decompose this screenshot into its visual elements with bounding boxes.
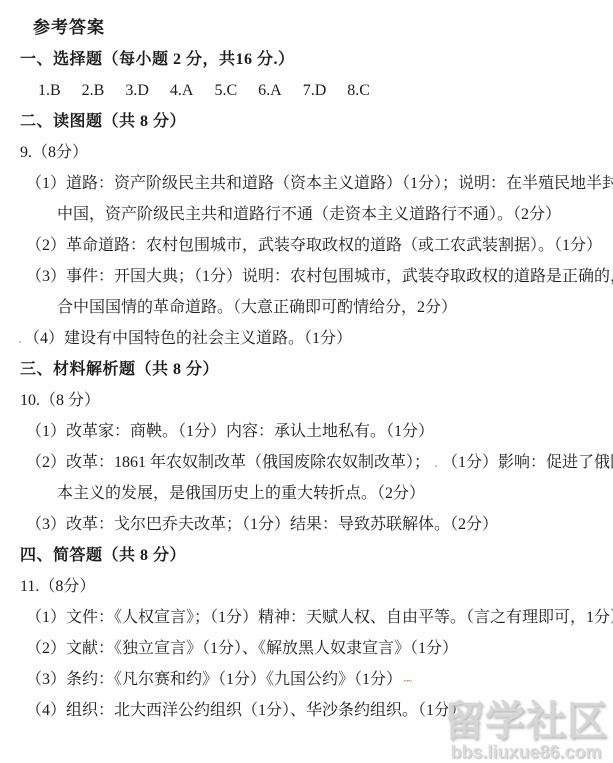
- text-segment: 二、读图题（共 8 分）: [20, 113, 186, 130]
- section-3-header: 三、材料解析题（共 8 分）: [20, 354, 613, 385]
- section-2-header: 二、读图题（共 8 分）: [20, 106, 613, 137]
- text-segment: 合中国国情的革命道路。（大意正确即可酌情给分，2分）: [57, 299, 457, 316]
- page-title: 参考答案: [33, 12, 613, 44]
- text-segment: （3）改革：戈尔巴乔夫改革；（1分）结果：导致苏联解体。（2分）: [26, 516, 498, 533]
- q9-answer-2: （2）革命道路：农村包围城市，武装夺取政权的道路（或工农武装割据）。（1分）: [26, 230, 613, 261]
- document-page: 参考答案 一、选择题（每小题 2 分，共16 分.）1.B2.B3.D4.A5.…: [0, 0, 613, 763]
- text-segment: .: [430, 454, 442, 471]
- text-segment: （1）道路：资产阶级民主共和道路（资本主义道路）（1分）；说明：在半殖民地半封建…: [26, 175, 613, 192]
- section-4-header: 四、简答题（共 8 分）: [20, 540, 613, 571]
- text-segment: （1）改革家：商鞅。（1分）内容：承认土地私有。（1分）: [26, 423, 434, 440]
- q9-answer-1-line-2: 中国，资产阶级民主共和道路行不通（走资本主义道路行不通）。（2分）: [57, 199, 613, 230]
- choice-answer: 7.D: [303, 75, 327, 106]
- text-segment: （1）文件：《人权宣言》；（1分）精神：天赋人权、自由平等。（言之有理即可，1分…: [26, 609, 613, 626]
- q10-answer-3: （3）改革：戈尔巴乔夫改革；（1分）结果：导致苏联解体。（2分）: [26, 509, 613, 540]
- q10-answer-2-line-1: （2）改革：1861 年农奴制改革（俄国废除农奴制改革）； . （1分）影响：促…: [26, 447, 613, 478]
- text-segment: （2）文献：《独立宣言》（1分）、《解放黑人奴隶宣言》（1分）: [26, 640, 458, 657]
- text-segment: （4）建设有中国特色的社会主义道路。（1分）: [24, 330, 352, 347]
- q11-answer-3: （3）条约：《凡尔赛和约》（1分）《九国公约》（1分） ~~: [26, 664, 613, 695]
- text-segment: 一、选择题（每小题 2 分，共16 分.）: [20, 51, 295, 68]
- text-segment: 中国，资产阶级民主共和道路行不通（走资本主义道路行不通）。（2分）: [57, 206, 561, 223]
- watermark-brand-logo: 留学社区: [444, 701, 608, 742]
- text-segment: 三、材料解析题（共 8 分）: [20, 361, 219, 378]
- document-body: 一、选择题（每小题 2 分，共16 分.）1.B2.B3.D4.A5.C6.A7…: [0, 44, 613, 726]
- text-segment: 9.（8分）: [20, 144, 88, 161]
- text-segment: （1分）影响：促进了俄国资: [442, 454, 613, 471]
- q9-answer-3-line-1: （3）事件：开国大典；（1分）说明：农村包围城市，武装夺取政权的道路是正确的，是…: [26, 261, 613, 292]
- q11-answer-2: （2）文献：《独立宣言》（1分）、《解放黑人奴隶宣言》（1分）: [26, 633, 613, 664]
- q9-answer-1-line-1: （1）道路：资产阶级民主共和道路（资本主义道路）（1分）；说明：在半殖民地半封建…: [26, 168, 613, 199]
- question-9-number: 9.（8分）: [20, 137, 613, 168]
- text-segment: .: [18, 330, 22, 347]
- text-segment: （3）事件：开国大典；（1分）说明：农村包围城市，武装夺取政权的道路是正确的，是…: [26, 268, 613, 285]
- text-segment: ~~: [402, 676, 411, 686]
- choice-answer: 3.D: [125, 75, 149, 106]
- q9-answer-3-line-2: 合中国国情的革命道路。（大意正确即可酌情给分，2分）: [57, 292, 613, 323]
- q11-answer-1: （1）文件：《人权宣言》；（1分）精神：天赋人权、自由平等。（言之有理即可，1分…: [26, 602, 613, 633]
- text-segment: （3）条约：《凡尔赛和约》（1分）《九国公约》（1分）: [26, 671, 402, 688]
- choice-answers-row: 1.B2.B3.D4.A5.C6.A7.D8.C: [38, 75, 613, 106]
- choice-answer: 2.B: [82, 75, 105, 106]
- section-1-header: 一、选择题（每小题 2 分，共16 分.）: [20, 44, 613, 75]
- choice-answer: 4.A: [170, 75, 194, 106]
- watermark: 留学社区 bbs.liuxue86.com: [444, 701, 608, 761]
- text-segment: 四、简答题（共 8 分）: [20, 547, 186, 564]
- question-10-number: 10.（8 分）: [20, 385, 613, 416]
- text-segment: 本主义的发展，是俄国历史上的重大转折点。（2分）: [57, 485, 425, 502]
- choice-answer: 8.C: [347, 75, 370, 106]
- choice-answer: 6.A: [258, 75, 282, 106]
- text-segment: （4）组织：北大西洋公约组织（1分）、华沙条约组织。（1分）: [26, 702, 466, 719]
- text-segment: 10.（8 分）: [20, 392, 100, 409]
- text-segment: 11.（8分）: [20, 578, 95, 595]
- choice-answer: 1.B: [38, 75, 61, 106]
- watermark-site-url: bbs.liuxue86.com: [444, 743, 608, 761]
- q10-answer-1: （1）改革家：商鞅。（1分）内容：承认土地私有。（1分）: [26, 416, 613, 447]
- text-segment: （2）改革：1861 年农奴制改革（俄国废除农奴制改革）；: [26, 454, 430, 471]
- question-11-number: 11.（8分）: [20, 571, 613, 602]
- q10-answer-2-line-2: 本主义的发展，是俄国历史上的重大转折点。（2分）: [57, 478, 613, 509]
- q9-answer-4: .（4）建设有中国特色的社会主义道路。（1分）: [26, 323, 613, 354]
- text-segment: （2）革命道路：农村包围城市，武装夺取政权的道路（或工农武装割据）。（1分）: [26, 237, 602, 254]
- choice-answer: 5.C: [214, 75, 237, 106]
